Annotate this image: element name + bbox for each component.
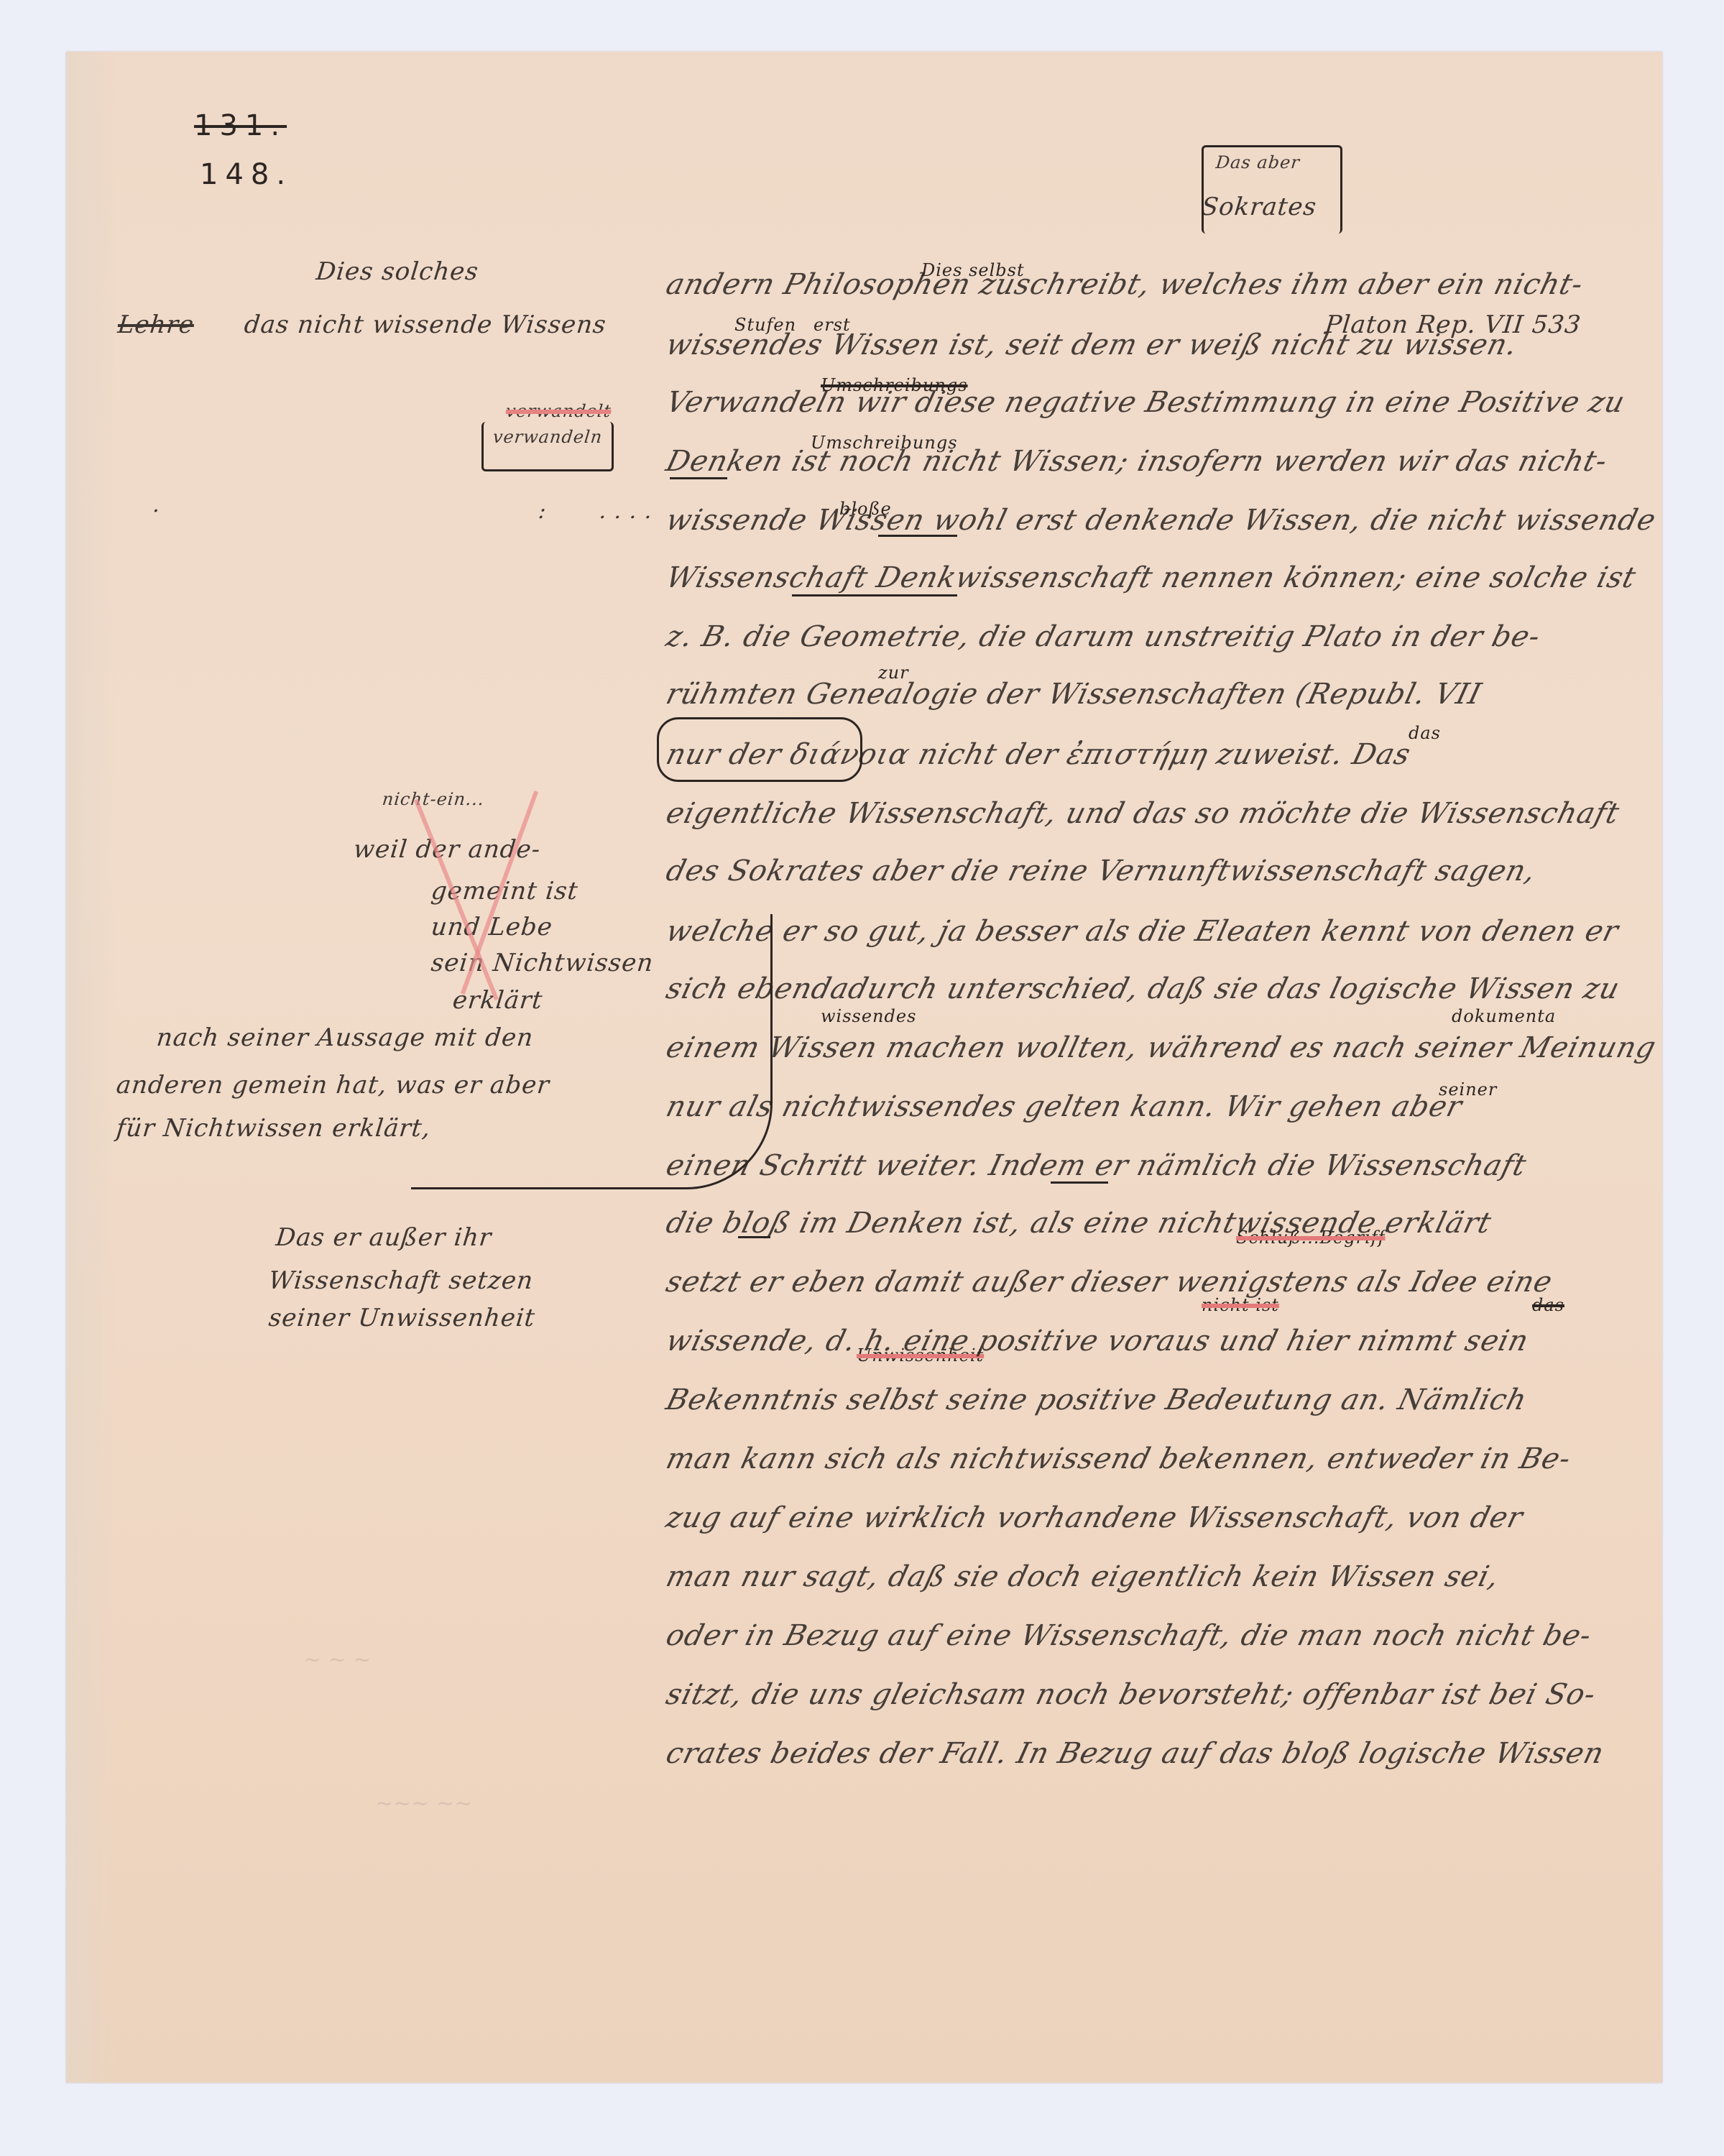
underline (878, 535, 957, 537)
text-line: Wissenschaft Denkwissenschaft nennen kön… (663, 561, 1640, 595)
margin-note: nicht-ein... (382, 789, 486, 809)
text-line: rühmten Genealogie der Wissenschaften (R… (663, 677, 1485, 711)
text-line: oder in Bezug auf eine Wissenschaft, die… (663, 1618, 1595, 1653)
circled-phrase (657, 717, 862, 782)
text-line: welche er so gut, ja besser als die Elea… (663, 914, 1622, 949)
margin-note: Wissenschaft setzen (267, 1266, 535, 1295)
text-line: sitzt, die uns gleichsam noch bevorsteht… (663, 1677, 1600, 1712)
underline (792, 594, 957, 596)
text-line: einen Schritt weiter. Indem er nämlich d… (663, 1148, 1530, 1183)
underline (1051, 1181, 1108, 1184)
text-line: nur als nichtwissendes gelten kann. Wir … (663, 1089, 1466, 1124)
text-line: wissende Wissen wohl erst denkende Wisse… (663, 503, 1659, 538)
text-line: sich ebendadurch unterschied, daß sie da… (663, 972, 1623, 1006)
text-line: wissendes Wissen ist, seit dem er weiß n… (663, 328, 1521, 362)
struck-page-number: 131. (194, 109, 287, 142)
margin-note-struck: Lehre (116, 310, 195, 339)
insertion: Sokrates (1200, 193, 1318, 221)
text-line: man kann sich als nichtwissend bekennen,… (663, 1442, 1575, 1476)
underline (738, 1236, 770, 1238)
margin-note: Das er außer ihr (275, 1223, 493, 1252)
insertion: dokumenta (1452, 1006, 1556, 1026)
margin-note: für Nichtwissen erklärt, (115, 1114, 433, 1143)
bleed-through: ~~~ ~~ (375, 1791, 472, 1816)
margin-note: Dies solches (315, 257, 480, 286)
text-line: zug auf eine wirklich vorhandene Wissens… (663, 1501, 1526, 1535)
text-line: einem Wissen machen wollten, während es … (663, 1031, 1660, 1065)
insertion: Das aber (1215, 152, 1301, 172)
underline (670, 477, 727, 479)
text-line: andern Philosophen zuschreibt, welches i… (663, 267, 1587, 302)
text-line: Verwandeln wir diese negative Bestimmung… (663, 385, 1628, 420)
text-line: z. B. die Geometrie, die darum unstreiti… (663, 619, 1544, 654)
text-line: des Sokrates aber die reine Vernunftwiss… (663, 854, 1540, 888)
margin-note: seiner Unwissenheit (267, 1304, 537, 1332)
bleed-through: ~ ~ ~ (303, 1647, 371, 1672)
text-line: man nur sagt, daß sie doch eigentlich ke… (663, 1560, 1503, 1594)
manuscript-page: 131. 148. Dies solches Lehre das nicht w… (66, 52, 1662, 2083)
text-line: crates beides der Fall. In Bezug auf das… (663, 1736, 1608, 1771)
insertion: wissendes (821, 1006, 916, 1026)
text-line: eigentliche Wissenschaft, und das so möc… (663, 796, 1623, 831)
text-line: wissende, d. h. eine positive voraus und… (663, 1324, 1532, 1358)
text-line: Bekenntnis selbst seine positive Bedeutu… (663, 1383, 1531, 1417)
text-line: die bloß im Denken ist, als eine nichtwi… (663, 1206, 1495, 1240)
dots: · : . . . . (151, 499, 654, 524)
margin-insertion-struck: verwandelt (505, 401, 612, 421)
margin-note: das nicht wissende Wissens (243, 310, 608, 339)
page-number: 148. (200, 158, 292, 191)
margin-insertion: verwandeln (492, 427, 604, 447)
text-line: setzt er eben damit außer dieser wenigst… (663, 1265, 1557, 1299)
text-line: Denken ist noch nicht Wissen; insofern w… (663, 444, 1611, 479)
